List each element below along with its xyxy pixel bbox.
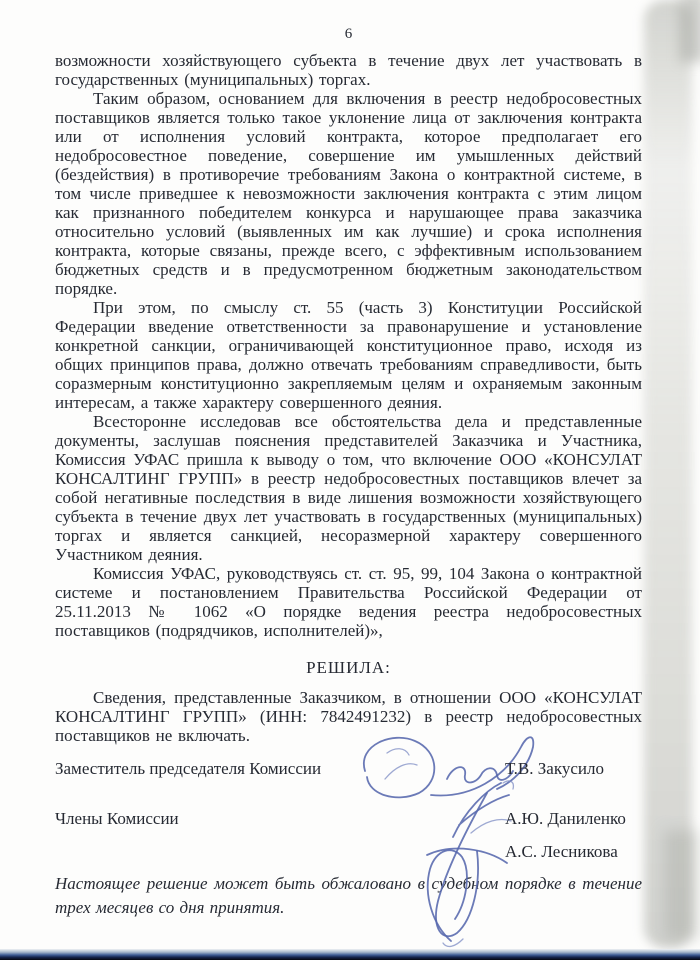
body-paragraph: При этом, по смыслу ст. 55 (часть 3) Кон…	[55, 298, 642, 412]
signatory-name: А.Ю. Даниленко	[505, 809, 626, 829]
page-number: 6	[55, 26, 642, 43]
signatory-name: А.С. Лесникова	[505, 842, 618, 862]
signatory-row: Члены Комиссии А.Ю. Даниленко	[55, 809, 642, 829]
signatory-row: Заместитель председателя Комиссии Т.В. З…	[55, 759, 642, 779]
body-paragraph: Всесторонне исследовав все обстоятельств…	[55, 412, 642, 564]
document-content: 6 возможности хозяйствующего субъекта в …	[55, 26, 642, 920]
scan-corner-smudge	[680, 0, 700, 62]
signatory-row: А.С. Лесникова	[55, 842, 642, 862]
signatory-name: Т.В. Закусило	[505, 759, 604, 779]
scan-bottom-edge	[0, 949, 700, 960]
body-text: возможности хозяйствующего субъекта в те…	[55, 51, 642, 640]
scanned-document-page: 6 возможности хозяйствующего субъекта в …	[0, 0, 700, 960]
body-paragraph: Таким образом, основанием для включения …	[55, 89, 642, 298]
resolution-heading: РЕШИЛА:	[55, 658, 642, 678]
body-paragraph: Комиссия УФАС, руководствуясь ст. ст. 95…	[55, 564, 642, 640]
signatory-role: Заместитель председателя Комиссии	[55, 759, 321, 778]
signature-block: Заместитель председателя Комиссии Т.В. З…	[55, 759, 642, 920]
body-paragraph: возможности хозяйствующего субъекта в те…	[55, 51, 642, 89]
signatory-role: Члены Комиссии	[55, 809, 179, 828]
appeal-note: Настоящее решение может быть обжаловано …	[55, 872, 642, 920]
decision-paragraph: Сведения, представленные Заказчиком, в о…	[55, 688, 642, 745]
scan-streak-artifact	[644, 0, 692, 948]
scan-bottom-smudge	[664, 830, 698, 940]
